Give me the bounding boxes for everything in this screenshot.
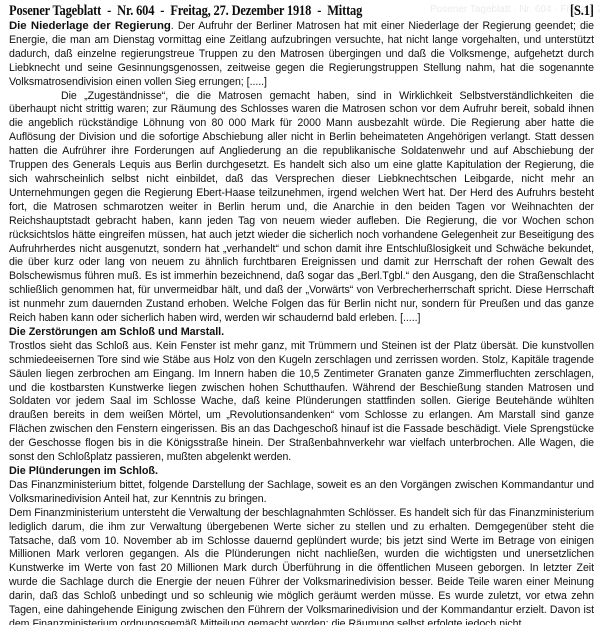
article-pluenderungen-paragraph-2: Dem Finanzministerium untersteht die Ver… bbox=[9, 507, 594, 625]
page-reference: [S.1] bbox=[570, 3, 594, 20]
article-niederlage-paragraph: Die „Zugeständnisse“, die die Matrosen g… bbox=[9, 90, 594, 326]
article-niederlage-lead: Die Niederlage der Regierung. Der Aufruh… bbox=[9, 20, 594, 90]
section-headline-zerstoerungen: Die Zerstörungen am Schloß und Marstall. bbox=[9, 326, 594, 340]
article-headline: Die Niederlage der Regierung bbox=[9, 20, 171, 32]
article-body: Die Niederlage der Regierung. Der Aufruh… bbox=[9, 20, 594, 625]
section-headline-pluenderungen: Die Plünderungen im Schloß. bbox=[9, 465, 594, 479]
issue-number: Nr. 604 bbox=[117, 3, 154, 20]
separator: - bbox=[317, 3, 321, 20]
separator: - bbox=[107, 3, 111, 20]
article-pluenderungen-paragraph-1: Das Finanzministerium bittet, folgende D… bbox=[9, 479, 594, 507]
article-zerstoerungen-paragraph: Trostlos sieht das Schloß aus. Kein Fens… bbox=[9, 340, 594, 465]
separator: - bbox=[160, 3, 164, 20]
edition: Mittag bbox=[327, 3, 362, 20]
document-page: Posener Tageblatt - Nr. 604 - Freitag, 2… bbox=[9, 3, 594, 625]
masthead: Posener Tageblatt - Nr. 604 - Freitag, 2… bbox=[9, 3, 594, 20]
newspaper-name: Posener Tageblatt bbox=[9, 3, 101, 20]
issue-date: Freitag, 27. Dezember 1918 bbox=[170, 3, 311, 20]
